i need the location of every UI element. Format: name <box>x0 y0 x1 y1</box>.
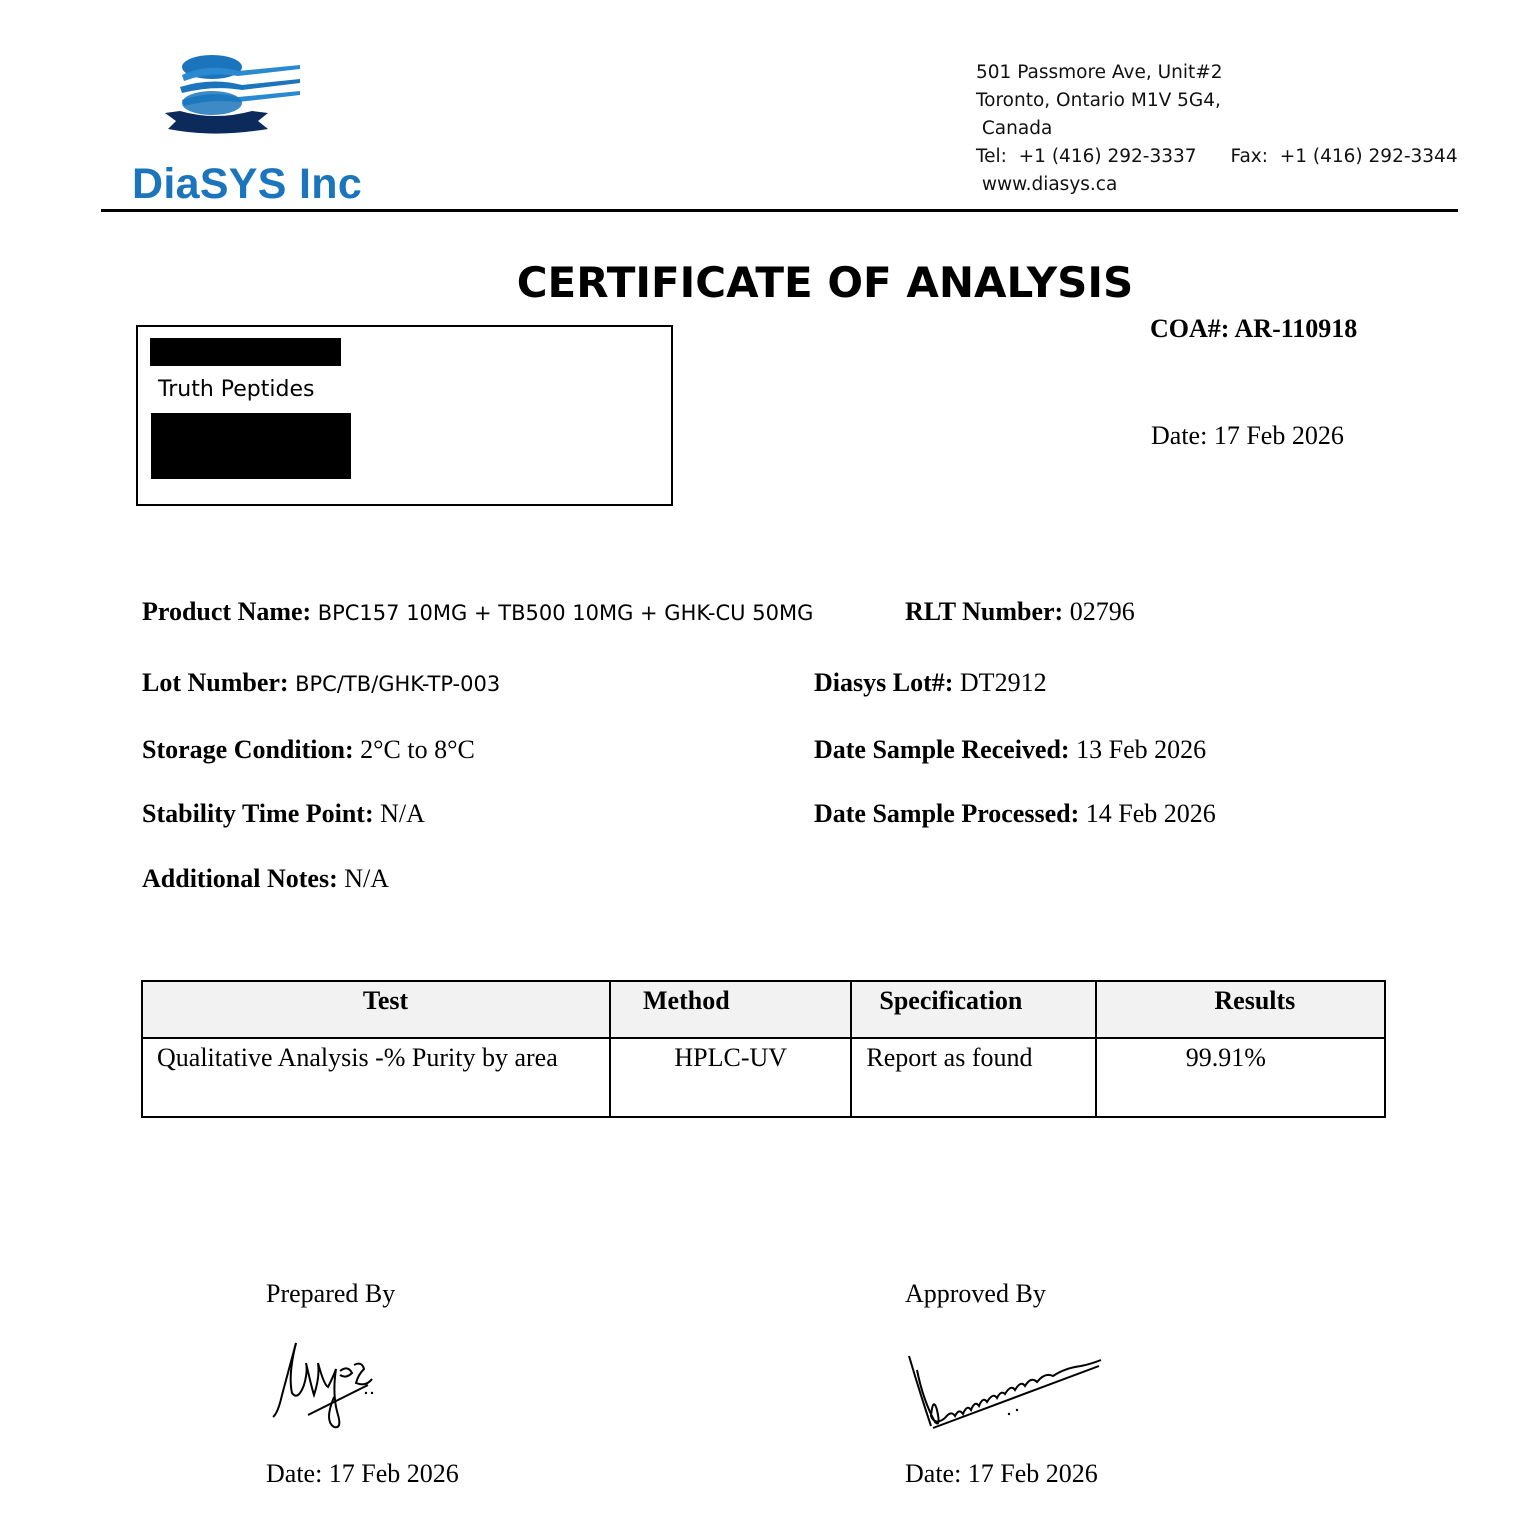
contact-line: Tel: +1 (416) 292-3337Fax: +1 (416) 292-… <box>976 143 1458 171</box>
field-value: 13 Feb 2026 <box>1076 735 1206 764</box>
storage-condition-field: Storage Condition: 2°C to 8°C <box>142 735 475 765</box>
date-processed-field: Date Sample Processed: 14 Feb 2026 <box>814 799 1216 829</box>
diasys-logo-icon <box>160 45 310 140</box>
coa-label: COA#: <box>1150 314 1229 343</box>
field-label: Stability Time Point: <box>142 799 374 828</box>
rlt-number-field: RLT Number: 02796 <box>905 597 1135 627</box>
header-results: Results <box>1096 981 1385 1038</box>
tel-number: Tel: +1 (416) 292-3337 <box>976 146 1197 167</box>
address-line-3: Canada <box>976 115 1458 143</box>
field-value: BPC157 10MG + TB500 10MG + GHK-CU 50MG <box>318 601 814 625</box>
prepared-by-signature-icon <box>268 1335 388 1435</box>
cell-specification: Report as found <box>851 1038 1095 1117</box>
date-value: 17 Feb 2026 <box>1214 421 1344 450</box>
redacted-block <box>151 413 351 479</box>
field-value: DT2912 <box>960 668 1047 697</box>
coa-date: Date: 17 Feb 2026 <box>1151 421 1344 451</box>
header-specification: Specification <box>851 981 1095 1038</box>
field-label: Storage Condition: <box>142 735 354 764</box>
field-value: BPC/TB/GHK-TP-003 <box>295 672 500 696</box>
header-test: Test <box>142 981 610 1038</box>
field-value: N/A <box>380 799 425 828</box>
client-name: Truth Peptides <box>158 377 314 402</box>
address-line-1: 501 Passmore Ave, Unit#2 <box>976 59 1458 87</box>
diasys-lot-field: Diasys Lot#: DT2912 <box>814 668 1047 698</box>
field-value: 14 Feb 2026 <box>1086 799 1216 828</box>
date-label: Date: <box>1151 421 1207 450</box>
stability-time-point-field: Stability Time Point: N/A <box>142 799 425 829</box>
prepared-by-label: Prepared By <box>266 1279 395 1309</box>
table-row: Qualitative Analysis -% Purity by area H… <box>142 1038 1385 1117</box>
fax-number: Fax: +1 (416) 292-3344 <box>1231 143 1458 171</box>
cell-method: HPLC-UV <box>610 1038 851 1117</box>
header-method: Method <box>610 981 851 1038</box>
redacted-block <box>150 338 341 366</box>
header-divider <box>101 209 1458 212</box>
field-value: 02796 <box>1070 597 1135 626</box>
address-line-2: Toronto, Ontario M1V 5G4, <box>976 87 1458 115</box>
field-label: RLT Number: <box>905 597 1063 626</box>
website-link[interactable]: www.diasys.ca <box>976 171 1458 199</box>
field-value: 2°C to 8°C <box>360 735 475 764</box>
product-name-field: Product Name: BPC157 10MG + TB500 10MG +… <box>142 597 813 627</box>
date-received-field: Date Sample Received: 13 Feb 2026 <box>814 735 1206 765</box>
client-address-box: Truth Peptides <box>136 325 673 506</box>
additional-notes-field: Additional Notes: N/A <box>142 864 389 894</box>
document-title: CERTIFICATE OF ANALYSIS <box>0 258 1540 307</box>
prepared-by-date: Date: 17 Feb 2026 <box>266 1459 459 1489</box>
coa-number: COA#: AR-110918 <box>1150 314 1357 344</box>
company-name: DiaSYS Inc <box>132 160 362 209</box>
field-label: Date Sample Received: <box>814 735 1070 764</box>
company-address: 501 Passmore Ave, Unit#2Toronto, Ontario… <box>976 59 1458 199</box>
field-value: N/A <box>344 864 389 893</box>
field-label: Lot Number: <box>142 668 289 697</box>
field-label: Diasys Lot#: <box>814 668 953 697</box>
lot-number-field: Lot Number: BPC/TB/GHK-TP-003 <box>142 668 500 698</box>
cell-test: Qualitative Analysis -% Purity by area <box>142 1038 610 1117</box>
approved-by-date: Date: 17 Feb 2026 <box>905 1459 1098 1489</box>
approved-by-label: Approved By <box>905 1279 1046 1309</box>
cell-result: 99.91% <box>1096 1038 1385 1117</box>
field-label: Additional Notes: <box>142 864 338 893</box>
results-table: Test Method Specification Results Qualit… <box>141 980 1386 1118</box>
coa-value: AR-110918 <box>1235 314 1358 343</box>
approved-by-signature-icon <box>905 1350 1105 1435</box>
table-header-row: Test Method Specification Results <box>142 981 1385 1038</box>
field-label: Date Sample Processed: <box>814 799 1079 828</box>
field-label: Product Name: <box>142 597 311 626</box>
